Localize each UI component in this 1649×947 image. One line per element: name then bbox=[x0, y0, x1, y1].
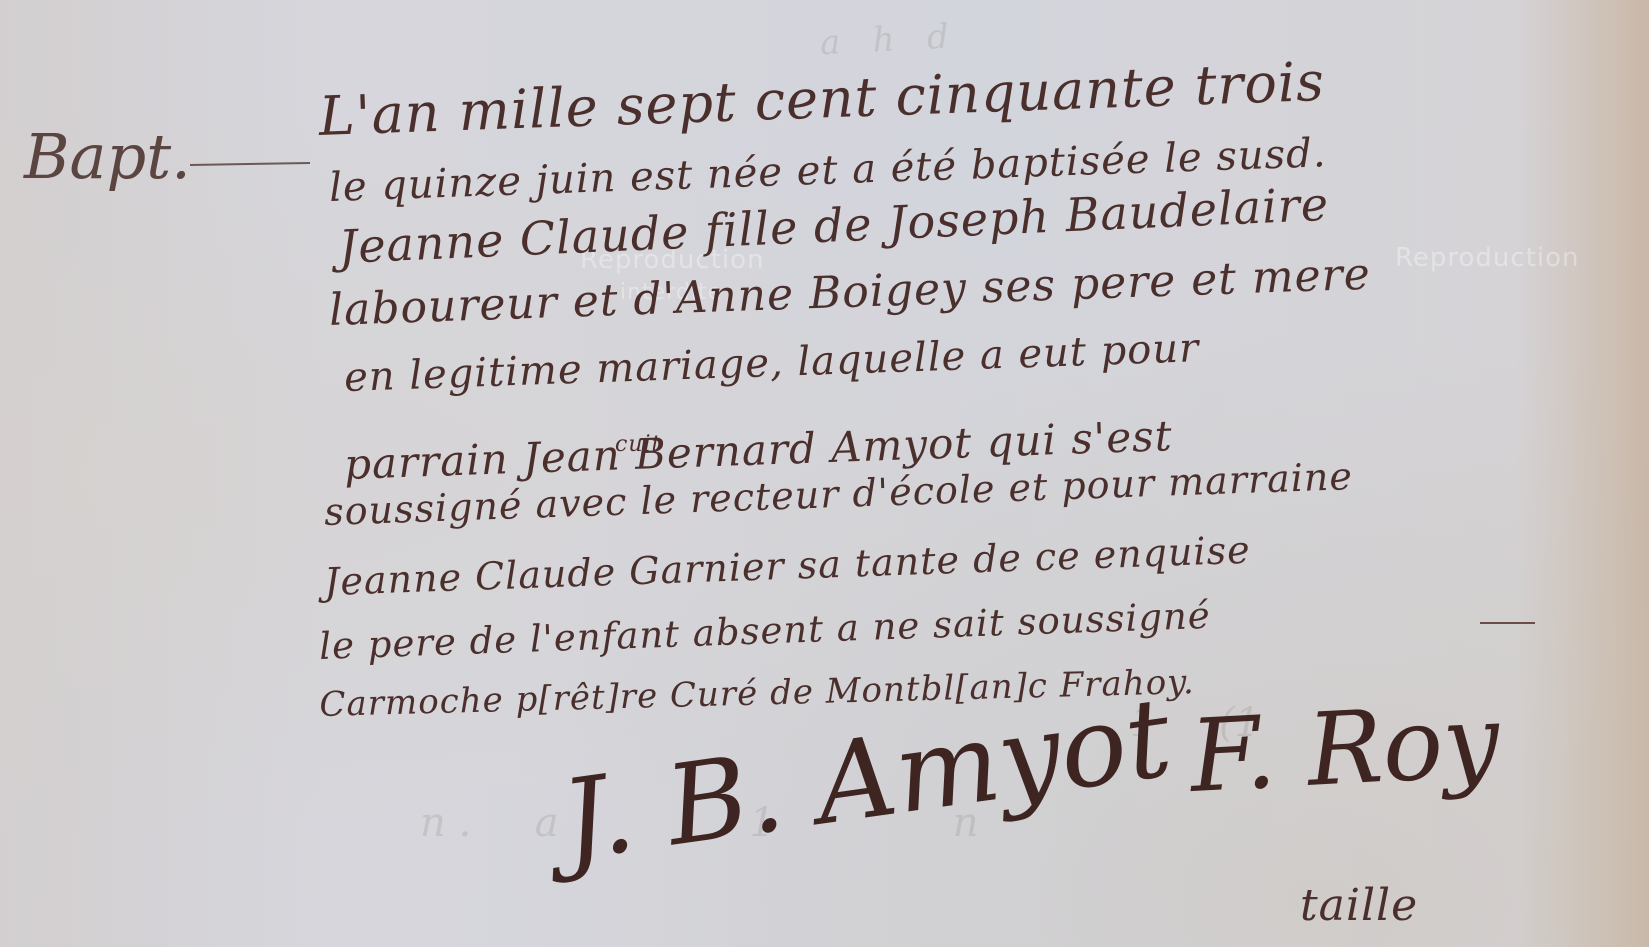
watermark: Reproduction bbox=[1395, 243, 1580, 273]
line-end-dash bbox=[1480, 622, 1535, 624]
margin-note: Bapt. bbox=[24, 120, 191, 193]
register-line-5: en legitime mariage, laquelle a eut pour bbox=[343, 325, 1200, 401]
register-line-9: le pere de l'enfant absent a ne sait sou… bbox=[318, 594, 1211, 668]
document-scan: a h d n . a 1 n 1 (1 Reproduction Reprod… bbox=[0, 0, 1649, 947]
next-entry-fragment: taille bbox=[1300, 880, 1418, 931]
signature-roy: F. Roy bbox=[1187, 682, 1502, 815]
register-line-8: Jeanne Claude Garnier sa tante de ce enq… bbox=[323, 528, 1251, 604]
bleed-through-text: a h d bbox=[819, 17, 950, 64]
margin-connector-line bbox=[190, 162, 310, 166]
register-line-1: L'an mille sept cent cinquante trois bbox=[318, 50, 1326, 148]
